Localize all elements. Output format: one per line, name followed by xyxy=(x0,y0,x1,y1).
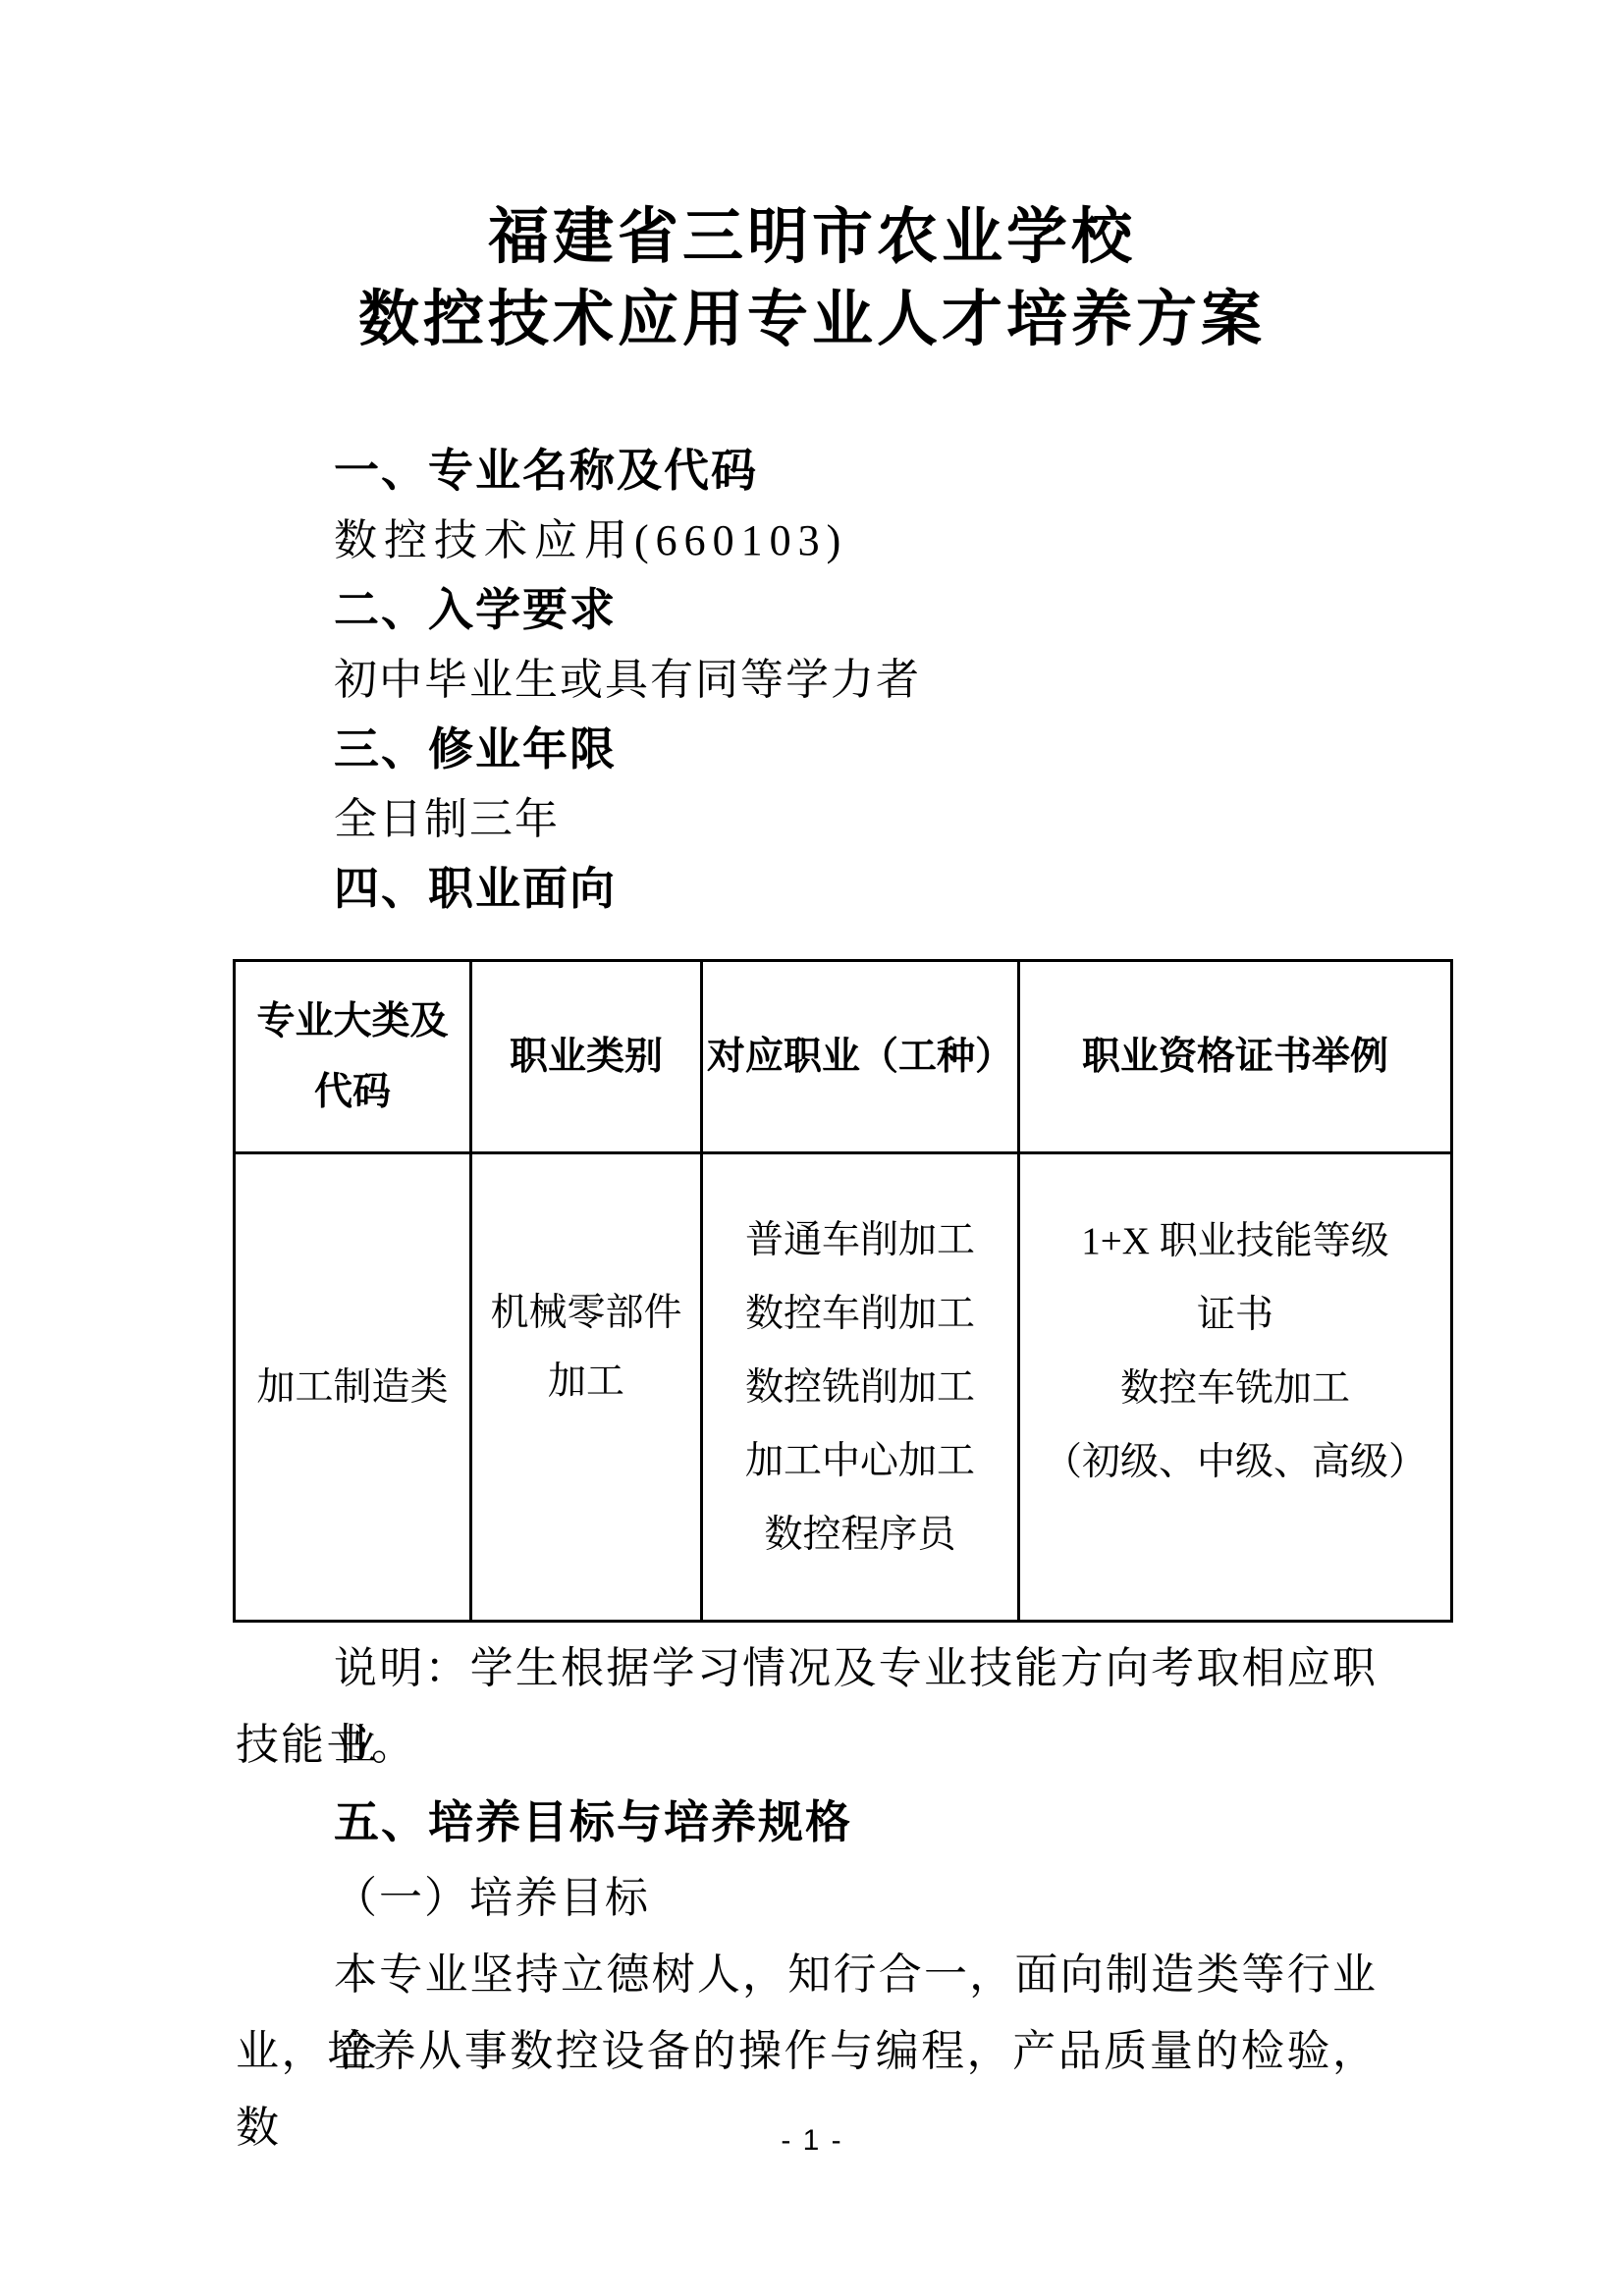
cell-job-category: 机械零部件 加工 xyxy=(471,1153,702,1622)
header-major-category: 专业大类及 代码 xyxy=(235,961,471,1153)
cell-major-category: 加工制造类 xyxy=(235,1153,471,1622)
document-title: 福建省三明市农业学校 数控技术应用专业人才培养方案 xyxy=(0,0,1624,361)
document-page: 福建省三明市农业学校 数控技术应用专业人才培养方案 一、专业名称及代码 数控技术… xyxy=(0,0,1624,2296)
header-job-category: 职业类别 xyxy=(471,961,702,1153)
document-body: 一、专业名称及代码 数控技术应用(660103) 二、入学要求 初中毕业生或具有… xyxy=(236,436,1624,2090)
section-1-body: 数控技术应用(660103) xyxy=(236,506,1624,575)
paragraph-line-2: 业，培养从事数控设备的操作与编程，产品质量的检验，数 xyxy=(236,2013,1378,2090)
job-category-line-2: 加工 xyxy=(472,1348,700,1416)
job-line-5: 数控程序员 xyxy=(703,1498,1017,1572)
career-table-header-row: 专业大类及 代码 职业类别 对应职业（工种） 职业资格证书举例 xyxy=(235,961,1452,1153)
section-5-heading: 五、培养目标与培养规格 xyxy=(236,1784,1624,1860)
title-line-1: 福建省三明市农业学校 xyxy=(0,196,1624,279)
career-table-data-row: 加工制造类 机械零部件 加工 普通车削加工 数控车削加工 数控铣削加工 加工中心… xyxy=(235,1153,1452,1622)
paragraph-line-1: 本专业坚持立德树人，知行合一，面向制造类等行业企 xyxy=(236,1937,1378,2013)
cell-jobs: 普通车削加工 数控车削加工 数控铣削加工 加工中心加工 数控程序员 xyxy=(702,1153,1019,1622)
note-line-1: 说明：学生根据学习情况及专业技能方向考取相应职业 xyxy=(236,1630,1378,1707)
job-category-line-1: 机械零部件 xyxy=(472,1279,700,1348)
section-2-body: 初中毕业生或具有同等学力者 xyxy=(236,645,1624,715)
job-line-3: 数控铣削加工 xyxy=(703,1351,1017,1424)
note-line-2: 技能书。 xyxy=(236,1707,1624,1784)
certificate-line-2: 证书 xyxy=(1020,1278,1450,1352)
job-line-2: 数控车削加工 xyxy=(703,1277,1017,1351)
title-line-2: 数控技术应用专业人才培养方案 xyxy=(0,279,1624,361)
job-line-4: 加工中心加工 xyxy=(703,1424,1017,1498)
section-3-heading: 三、修业年限 xyxy=(236,715,1624,784)
cell-certificates-lines: 1+X 职业技能等级 证书 数控车铣加工 （初级、中级、高级） xyxy=(1020,1204,1450,1499)
section-4-heading: 四、职业面向 xyxy=(236,854,1624,924)
header-major-category-line-1: 专业大类及 xyxy=(236,987,469,1057)
header-certificates: 职业资格证书举例 xyxy=(1019,961,1452,1153)
header-corresponding-jobs: 对应职业（工种） xyxy=(702,961,1019,1153)
job-line-1: 普通车削加工 xyxy=(703,1203,1017,1277)
cell-certificates: 1+X 职业技能等级 证书 数控车铣加工 （初级、中级、高级） xyxy=(1019,1153,1452,1622)
cell-job-category-lines: 机械零部件 加工 xyxy=(472,1279,700,1416)
certificate-line-4: （初级、中级、高级） xyxy=(1020,1425,1450,1499)
section-5-sub-heading: （一）培养目标 xyxy=(236,1860,1624,1937)
header-major-category-line-2: 代码 xyxy=(236,1057,469,1128)
certificate-line-3: 数控车铣加工 xyxy=(1020,1352,1450,1425)
section-1-heading: 一、专业名称及代码 xyxy=(236,436,1624,506)
certificate-line-1: 1+X 职业技能等级 xyxy=(1020,1204,1450,1278)
section-3-body: 全日制三年 xyxy=(236,784,1624,854)
section-2-heading: 二、入学要求 xyxy=(236,575,1624,645)
career-table: 专业大类及 代码 职业类别 对应职业（工种） 职业资格证书举例 加工制造类 机械… xyxy=(233,959,1453,1623)
